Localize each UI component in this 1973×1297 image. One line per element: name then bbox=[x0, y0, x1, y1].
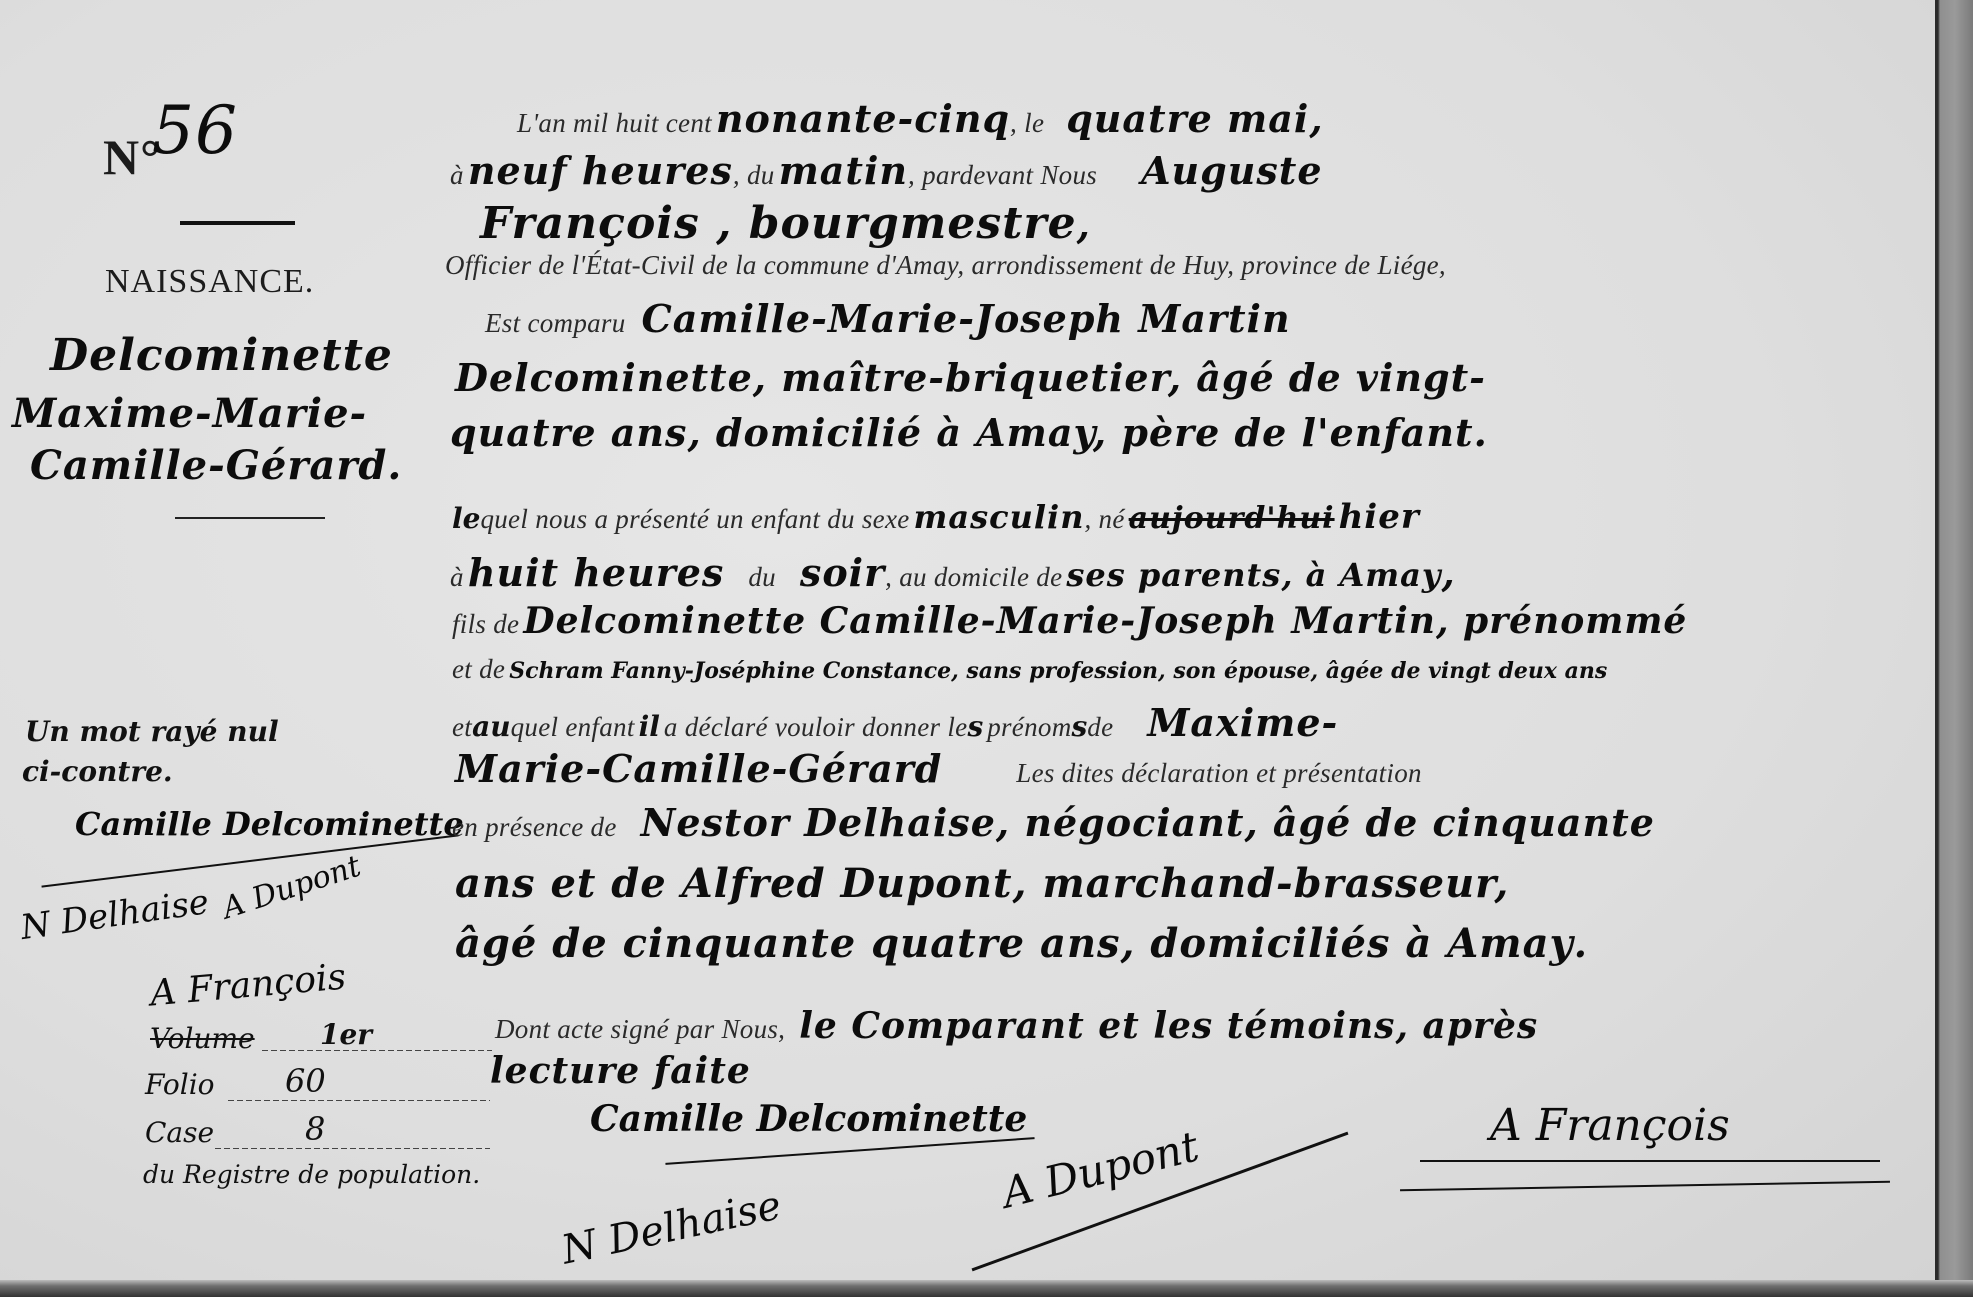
witness-1-details: Nestor Delhaise, négociant, âgé de cinqu… bbox=[641, 800, 1655, 845]
birth-time-of-day: soir bbox=[800, 550, 885, 595]
declarant-residence: quatre ans, domicilié à Amay, père de l'… bbox=[450, 410, 1474, 455]
child-given-name-1: Maxime- bbox=[1147, 700, 1338, 745]
body-line-10: fils de Delcominette Camille-Marie-Josep… bbox=[452, 600, 1687, 642]
signature-comparant: Camille Delcominette bbox=[590, 1098, 1027, 1140]
record-type-title: NAISSANCE. bbox=[105, 263, 314, 301]
body-line-1: L'an mil huit cent nonante-cinq, le quat… bbox=[517, 96, 1324, 141]
volume-field-line bbox=[262, 1050, 492, 1051]
officer-flourish-top bbox=[1420, 1160, 1880, 1162]
case-label: Case bbox=[145, 1116, 214, 1149]
body-line-17: Dont acte signé par Nous, le Comparant e… bbox=[495, 1005, 1538, 1047]
printed-text: a déclaré vouloir donner le bbox=[664, 712, 968, 742]
handwritten-correction: s bbox=[967, 710, 983, 743]
body-line-5: Est comparu Camille-Marie-Joseph Martin bbox=[485, 296, 1291, 341]
record-number: 56 bbox=[152, 92, 238, 169]
printed-text: du bbox=[748, 562, 776, 592]
printed-text: , du bbox=[733, 160, 775, 190]
margin-signature-officer: A François bbox=[149, 957, 348, 1015]
date-year-handwritten: nonante-cinq bbox=[716, 96, 1010, 141]
printed-text: quel nous a présenté un enfant du sexe bbox=[480, 504, 909, 534]
body-line-16: âgé de cinquante quatre ans, domiciliés … bbox=[455, 920, 1588, 967]
margin-signature-witness-1: N Delhaise bbox=[18, 882, 211, 948]
witness-2-age-residence: âgé de cinquante quatre ans, domiciliés … bbox=[455, 920, 1574, 967]
margin-given-names-2: Camille-Gérard. bbox=[30, 442, 402, 489]
printed-text: quel enfant bbox=[511, 712, 635, 742]
officer-given-name: Auguste bbox=[1141, 148, 1322, 193]
date-day-handwritten: quatre mai bbox=[1066, 96, 1309, 141]
signature-witness-2: A Dupont bbox=[997, 1121, 1203, 1217]
body-line-15: ans et de Alfred Dupont, marchand-brasse… bbox=[455, 860, 1509, 907]
margin-note-line-1: Un mot rayé nul bbox=[25, 715, 279, 748]
officer-flourish-bottom bbox=[1400, 1181, 1890, 1192]
printed-text: prénom bbox=[987, 712, 1071, 742]
printed-text: à bbox=[450, 160, 464, 190]
closing-handwritten: le Comparant et les témoins, après bbox=[799, 1005, 1538, 1047]
signature-officer: A François bbox=[1490, 1100, 1730, 1151]
body-line-7: quatre ans, domicilié à Amay, père de l'… bbox=[450, 410, 1488, 455]
body-line-14: en présence de Nestor Delhaise, négocian… bbox=[452, 800, 1655, 845]
birth-day-handwritten: hier bbox=[1339, 497, 1420, 537]
declarant-name: Camille-Marie-Joseph Martin bbox=[642, 296, 1291, 341]
signature-witness-1: N Delhaise bbox=[558, 1182, 786, 1273]
signature-underline bbox=[665, 1137, 1034, 1165]
margin-surname: Delcominette bbox=[50, 330, 393, 381]
time-of-day-handwritten: matin bbox=[779, 148, 908, 193]
body-line-4: Officier de l'État-Civil de la commune d… bbox=[445, 250, 1446, 281]
punctuation: , bbox=[1441, 550, 1455, 595]
case-field-line bbox=[215, 1148, 490, 1149]
punctuation: . bbox=[1574, 921, 1588, 966]
printed-text: , né bbox=[1084, 504, 1124, 534]
printed-text: , au domicile de bbox=[885, 562, 1062, 592]
body-line-8: lequel nous a présenté un enfant du sexe… bbox=[452, 497, 1420, 537]
folio-field-line bbox=[228, 1100, 490, 1101]
father-name: Delcominette Camille-Marie-Joseph Martin… bbox=[523, 600, 1687, 642]
printed-text: Dont acte signé par Nous, bbox=[495, 1014, 785, 1044]
body-line-13: Marie-Camille-Gérard Les dites déclarati… bbox=[455, 746, 1422, 791]
handwritten-correction: le bbox=[452, 502, 480, 535]
body-line-3: François , bourgmestre, bbox=[480, 198, 1091, 249]
printed-text: en présence de bbox=[452, 812, 617, 842]
printed-text: , le bbox=[1010, 108, 1044, 138]
handwritten-correction: il bbox=[639, 710, 660, 743]
printed-text: Est comparu bbox=[485, 308, 626, 338]
printed-text: Les dites déclaration et présentation bbox=[1016, 758, 1422, 788]
margin-divider bbox=[175, 517, 325, 519]
punctuation: , bbox=[1309, 96, 1323, 141]
case-value: 8 bbox=[305, 1110, 325, 1148]
punctuation: . bbox=[1474, 410, 1488, 455]
officer-name-title: François , bourgmestre bbox=[480, 198, 1077, 249]
child-sex: masculin bbox=[914, 498, 1085, 536]
margin-note-line-2: ci-contre. bbox=[22, 755, 173, 788]
body-line-6: Delcominette, maître-briquetier, âgé de … bbox=[455, 355, 1486, 400]
body-line-9: à huit heures du soir, au domicile de se… bbox=[450, 550, 1456, 595]
folio-label: Folio bbox=[145, 1068, 215, 1101]
handwritten-correction: au bbox=[472, 710, 511, 743]
printed-text: à bbox=[450, 562, 464, 592]
mother-name-details: Schram Fanny-Joséphine Constance, sans p… bbox=[509, 658, 1607, 684]
register-page: N° 56 NAISSANCE. Delcominette Maxime-Mar… bbox=[0, 0, 1935, 1280]
margin-signature-comparant: Camille Delcominette bbox=[75, 805, 464, 843]
birth-place: ses parents, à Amay bbox=[1066, 556, 1441, 594]
volume-value: 1er bbox=[320, 1018, 372, 1051]
body-line-18: lecture faite bbox=[490, 1050, 751, 1092]
struck-word: aujourd'hui bbox=[1129, 501, 1335, 536]
body-line-12: etauquel enfant il a déclaré vouloir don… bbox=[452, 700, 1338, 745]
printed-text: de bbox=[1087, 712, 1113, 742]
time-handwritten: neuf heures bbox=[468, 148, 733, 193]
birth-hour-handwritten: huit heures bbox=[468, 550, 725, 595]
printed-text: et de bbox=[452, 654, 505, 684]
population-register-footer: du Registre de population. bbox=[143, 1160, 480, 1189]
page-bottom-edge bbox=[0, 1280, 1973, 1297]
margin-given-names-1: Maxime-Marie- bbox=[12, 390, 367, 437]
body-line-2: à neuf heures, du matin, pardevant Nous … bbox=[450, 148, 1323, 193]
folio-value: 60 bbox=[285, 1062, 326, 1100]
punctuation: , bbox=[1077, 202, 1091, 247]
printed-text: , pardevant Nous bbox=[908, 160, 1097, 190]
child-given-names-rest: Marie-Camille-Gérard bbox=[455, 746, 942, 791]
title-divider bbox=[180, 221, 295, 225]
book-binding-edge bbox=[1935, 0, 1973, 1297]
printed-text: et bbox=[452, 712, 472, 742]
printed-text: fils de bbox=[452, 609, 519, 639]
volume-label: Volume bbox=[150, 1022, 255, 1055]
printed-text: L'an mil huit cent bbox=[517, 108, 712, 138]
handwritten-correction: s bbox=[1072, 710, 1088, 743]
body-line-11: et de Schram Fanny-Joséphine Constance, … bbox=[452, 654, 1607, 685]
